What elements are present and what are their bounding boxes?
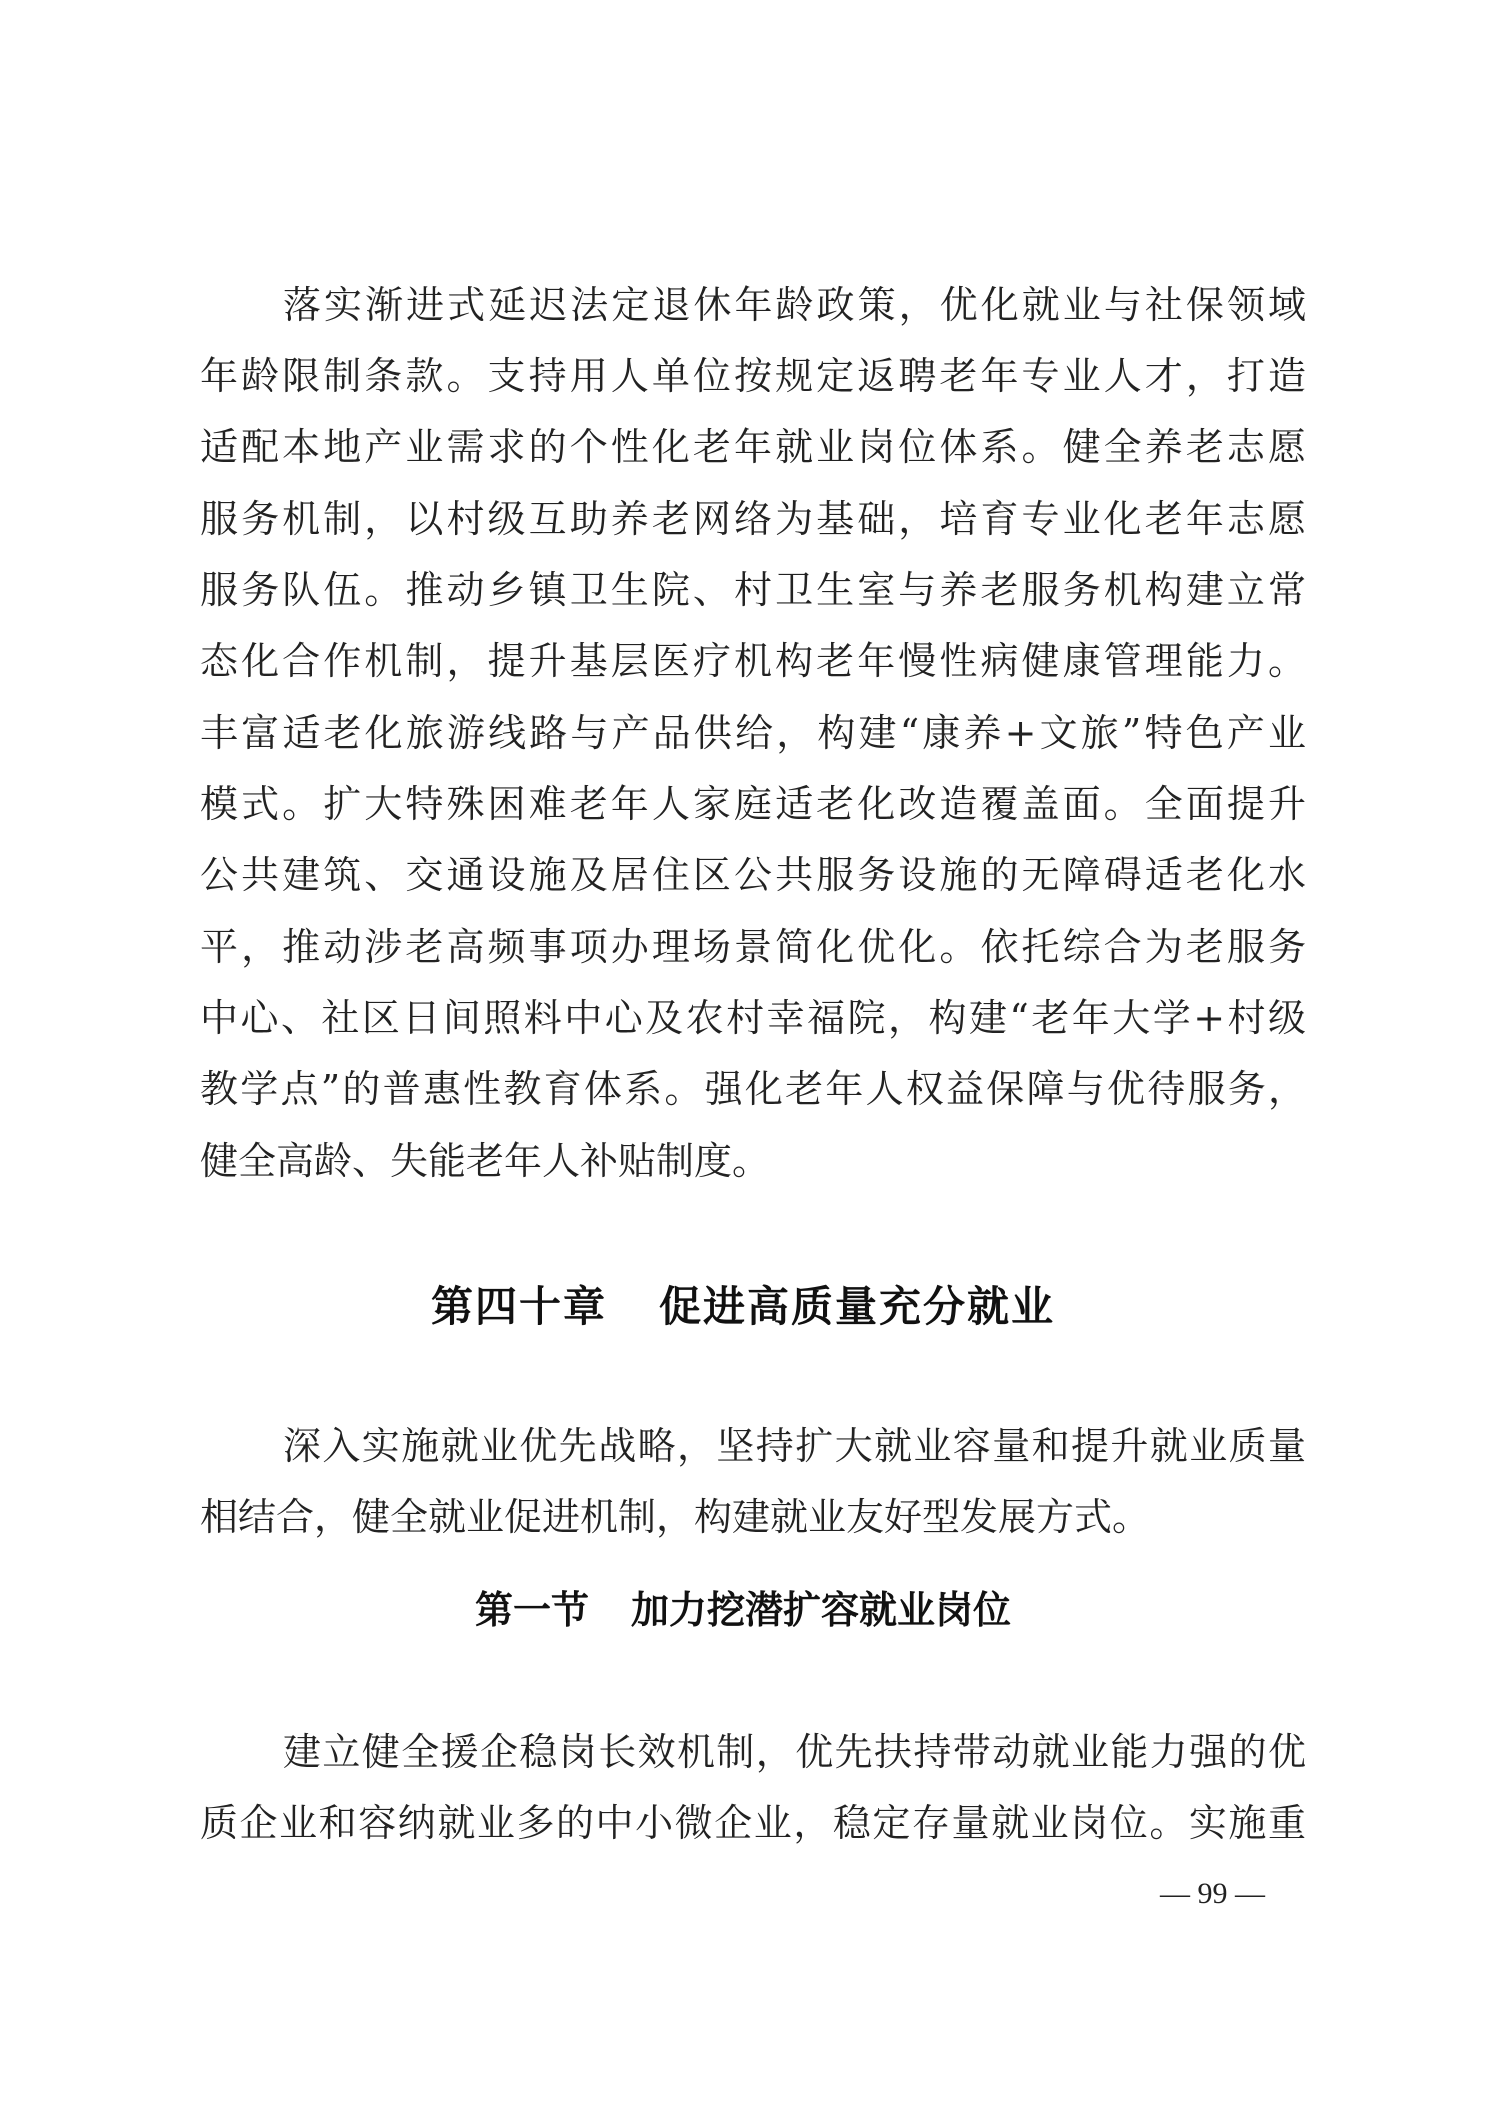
chapter-number: 第四十章 <box>431 1282 607 1331</box>
paragraph-line: 平，推动涉老高频事项办理场景简化优化。依托综合为老服务 <box>200 917 1306 977</box>
paragraph-line: 服务队伍。推动乡镇卫生院、村卫生室与养老服务机构建立常 <box>200 560 1306 620</box>
paragraph-line: 服务机制，以村级互助养老网络为基础，培育专业化老年志愿 <box>200 489 1306 549</box>
paragraph-line: 态化合作机制，提升基层医疗机构老年慢性病健康管理能力。 <box>200 631 1306 691</box>
chapter-title: 促进高质量充分就业 <box>659 1282 1055 1331</box>
chapter-heading: 第四十章促进高质量充分就业 <box>0 1277 1486 1337</box>
paragraph-line: 公共建筑、交通设施及居住区公共服务设施的无障碍适老化水 <box>200 845 1306 905</box>
paragraph-line: 健全高龄、失能老年人补贴制度。 <box>200 1131 1306 1191</box>
paragraph-line: 中心、社区日间照料中心及农村幸福院，构建“老年大学+村级 <box>200 988 1306 1048</box>
paragraph-line: 模式。扩大特殊困难老年人家庭适老化改造覆盖面。全面提升 <box>200 774 1306 834</box>
paragraph-line: 丰富适老化旅游线路与产品供给，构建“康养+文旅”特色产业 <box>200 703 1306 763</box>
paragraph-line: 教学点”的普惠性教育体系。强化老年人权益保障与优待服务， <box>200 1059 1306 1119</box>
paragraph-line: 适配本地产业需求的个性化老年就业岗位体系。健全养老志愿 <box>200 417 1306 477</box>
section-heading: 第一节加力挖潜扩容就业岗位 <box>0 1582 1486 1638</box>
section-title: 加力挖潜扩容就业岗位 <box>631 1587 1011 1632</box>
paragraph-line: 建立健全援企稳岗长效机制，优先扶持带动就业能力强的优 <box>283 1722 1306 1782</box>
paragraph-line: 相结合，健全就业促进机制，构建就业友好型发展方式。 <box>200 1487 1306 1547</box>
paragraph-line: 深入实施就业优先战略，坚持扩大就业容量和提升就业质量 <box>283 1416 1306 1476</box>
paragraph-line: 质企业和容纳就业多的中小微企业，稳定存量就业岗位。实施重 <box>200 1793 1306 1853</box>
page-number: — 99 — <box>1160 1872 1265 1916</box>
document-page: 落实渐进式延迟法定退休年龄政策，优化就业与社保领域 年龄限制条款。支持用人单位按… <box>0 0 1486 2103</box>
section-number: 第一节 <box>475 1587 589 1632</box>
paragraph-line: 落实渐进式延迟法定退休年龄政策，优化就业与社保领域 <box>283 275 1306 335</box>
paragraph-line: 年龄限制条款。支持用人单位按规定返聘老年专业人才，打造 <box>200 346 1306 406</box>
